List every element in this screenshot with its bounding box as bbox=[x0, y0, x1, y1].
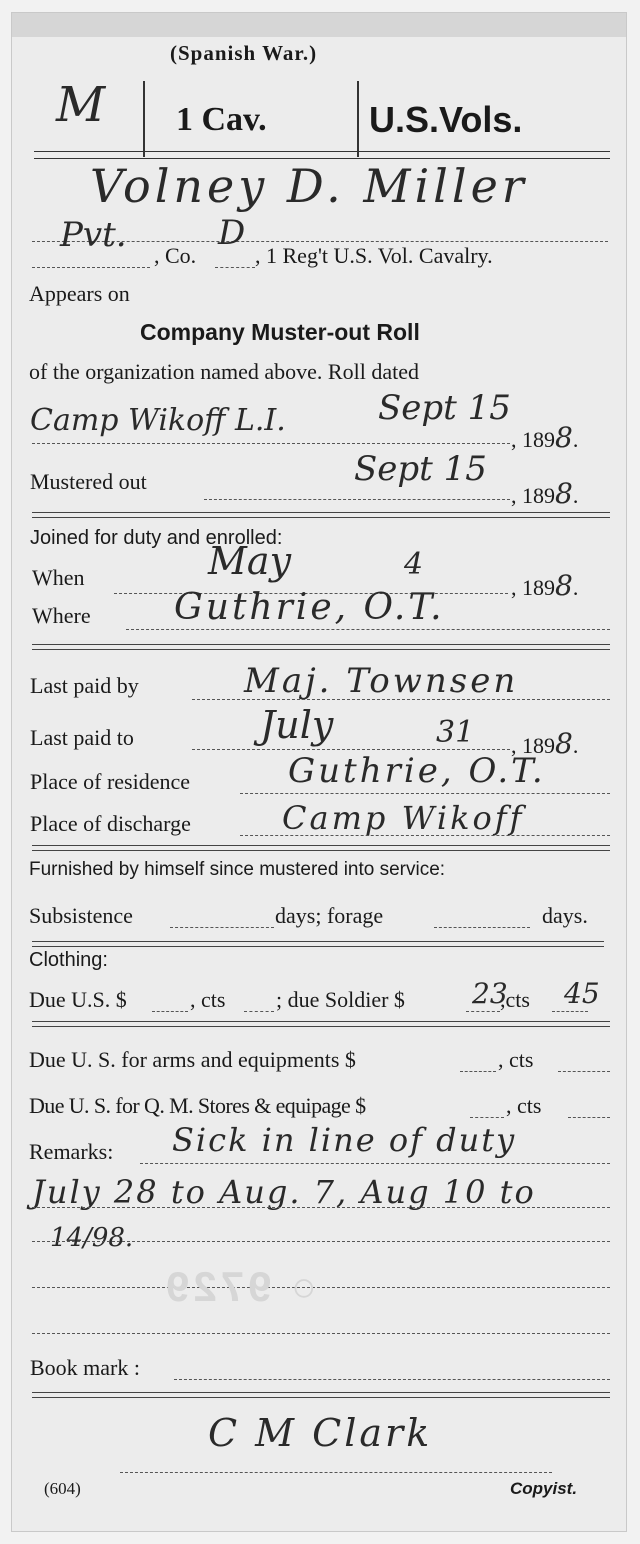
header-divider-2 bbox=[357, 81, 359, 157]
where-line bbox=[126, 629, 610, 630]
due-us-dollars-line bbox=[152, 1011, 188, 1012]
unit-label: , 1 Reg't U.S. Vol. Cavalry. bbox=[255, 243, 493, 269]
roll-intro: of the organization named above. Roll da… bbox=[29, 359, 419, 385]
mustered-out-date: Sept 15 bbox=[354, 449, 487, 489]
residence-label: Place of residence bbox=[30, 769, 190, 795]
regiment-label: 1 Cav. bbox=[176, 101, 267, 139]
last-paid-by-label: Last paid by bbox=[30, 673, 139, 699]
discharge-label: Place of discharge bbox=[30, 811, 191, 837]
company-line bbox=[215, 267, 255, 268]
due-soldier-cts-line bbox=[552, 1011, 588, 1012]
when-label: When bbox=[32, 565, 85, 591]
last-paid-to-month: July bbox=[260, 703, 333, 747]
qm-label: Due U. S. for Q. M. Stores & equipage $ bbox=[29, 1093, 366, 1119]
mustered-year-prefix: 189 bbox=[522, 483, 555, 508]
header-divider-1 bbox=[143, 81, 145, 157]
arms-dollars-line bbox=[460, 1071, 496, 1072]
section-rule-1 bbox=[32, 512, 610, 518]
remarks-label: Remarks: bbox=[29, 1139, 113, 1165]
when-year-prefix: 189 bbox=[522, 575, 555, 600]
section-rule-4 bbox=[32, 941, 604, 947]
roll-year: , 1898. bbox=[511, 421, 578, 454]
forage-line bbox=[434, 927, 530, 928]
when-year: , 1898. bbox=[511, 569, 578, 602]
initial-letter: M bbox=[56, 77, 105, 133]
roll-year-digit: 8 bbox=[555, 421, 573, 454]
signature-line bbox=[120, 1472, 552, 1473]
rank-value: Pvt. bbox=[60, 215, 127, 255]
where-label: Where bbox=[32, 603, 91, 629]
clothing-heading: Clothing: bbox=[29, 949, 108, 972]
soldier-name: Volney D. Miller bbox=[90, 159, 528, 213]
when-year-digit: 8 bbox=[555, 569, 573, 602]
due-soldier-cts-label: ,cts bbox=[500, 987, 530, 1013]
discharge-value: Camp Wikoff bbox=[282, 799, 524, 837]
residence-value: Guthrie, O.T. bbox=[288, 751, 546, 791]
remarks-line-2: July 28 to Aug. 7, Aug 10 to bbox=[32, 1173, 536, 1211]
muster-out-card: (Spanish War.) M 1 Cav. U.S.Vols. Volney… bbox=[11, 12, 627, 1532]
due-us-label: Due U.S. $ bbox=[29, 987, 127, 1013]
furnished-heading: Furnished by himself since mustered into… bbox=[29, 859, 445, 881]
section-rule-3 bbox=[32, 845, 610, 851]
copyist-signature: C M Clark bbox=[208, 1411, 432, 1455]
roll-year-prefix: 189 bbox=[522, 427, 555, 452]
year-comma: , bbox=[511, 427, 522, 452]
company-value: D bbox=[218, 213, 245, 253]
discharge-line bbox=[240, 835, 610, 836]
remarks-rule-5 bbox=[32, 1333, 610, 1334]
last-paid-year-digit: 8 bbox=[555, 727, 573, 760]
bookmark-line bbox=[174, 1379, 610, 1380]
bleed-through-stamp: ○ 9729 bbox=[162, 1263, 316, 1311]
mustered-out-year: , 1898. bbox=[511, 477, 578, 510]
company-label: , Co. bbox=[154, 243, 196, 269]
header-rule bbox=[34, 151, 610, 159]
mustered-out-line bbox=[204, 499, 510, 500]
due-us-cts-line bbox=[244, 1011, 274, 1012]
qm-cts-line bbox=[568, 1117, 610, 1118]
last-paid-to-day: 31 bbox=[436, 715, 474, 750]
subsistence-label: Subsistence bbox=[29, 903, 133, 929]
last-paid-to-label: Last paid to bbox=[30, 725, 134, 751]
remarks-line-3: 14/98. bbox=[50, 1223, 133, 1253]
residence-line bbox=[240, 793, 610, 794]
qm-cts-label: , cts bbox=[506, 1093, 541, 1119]
section-rule-2 bbox=[32, 644, 610, 650]
rank-line bbox=[32, 267, 150, 268]
due-soldier-cents: 45 bbox=[564, 977, 600, 1010]
due-us-cts-label: , cts bbox=[190, 987, 225, 1013]
arms-cts-label: , cts bbox=[498, 1047, 533, 1073]
days-forage-label: days; forage bbox=[275, 903, 383, 929]
subsistence-line bbox=[170, 927, 274, 928]
mustered-year-digit: 8 bbox=[555, 477, 573, 510]
roll-date: Sept 15 bbox=[378, 388, 511, 428]
due-soldier-label: ; due Soldier $ bbox=[276, 987, 405, 1013]
last-paid-by-value: Maj. Townsen bbox=[244, 661, 518, 701]
arms-label: Due U. S. for arms and equipments $ bbox=[29, 1047, 356, 1073]
last-paid-to-line bbox=[192, 749, 510, 750]
top-band bbox=[12, 13, 626, 37]
bookmark-label: Book mark : bbox=[30, 1355, 140, 1381]
remarks-rule-1 bbox=[140, 1163, 610, 1164]
remarks-rule-4 bbox=[32, 1287, 610, 1288]
qm-dollars-line bbox=[470, 1117, 504, 1118]
due-soldier-dollars-line bbox=[466, 1011, 500, 1012]
form-number: (604) bbox=[44, 1479, 81, 1499]
remarks-rule-2 bbox=[32, 1207, 610, 1208]
when-month: May bbox=[208, 539, 291, 583]
last-paid-by-line bbox=[192, 699, 610, 700]
section-rule-6 bbox=[32, 1392, 610, 1398]
section-rule-5 bbox=[32, 1021, 610, 1027]
roll-place: Camp Wikoff L.I. bbox=[30, 403, 286, 438]
roll-date-line bbox=[32, 443, 510, 444]
appears-on-label: Appears on bbox=[29, 281, 130, 307]
arms-cts-line bbox=[558, 1071, 610, 1072]
mustered-out-label: Mustered out bbox=[30, 469, 147, 495]
where-value: Guthrie, O.T. bbox=[174, 587, 445, 628]
copyist-label: Copyist. bbox=[510, 1479, 577, 1499]
org-label: U.S.Vols. bbox=[369, 99, 522, 141]
series-title: (Spanish War.) bbox=[170, 41, 317, 66]
remarks-rule-3 bbox=[32, 1241, 610, 1242]
days-end-label: days. bbox=[542, 903, 588, 929]
remarks-line-1: Sick in line of duty bbox=[172, 1121, 516, 1159]
when-day: 4 bbox=[404, 547, 423, 582]
roll-title: Company Muster-out Roll bbox=[140, 319, 420, 346]
